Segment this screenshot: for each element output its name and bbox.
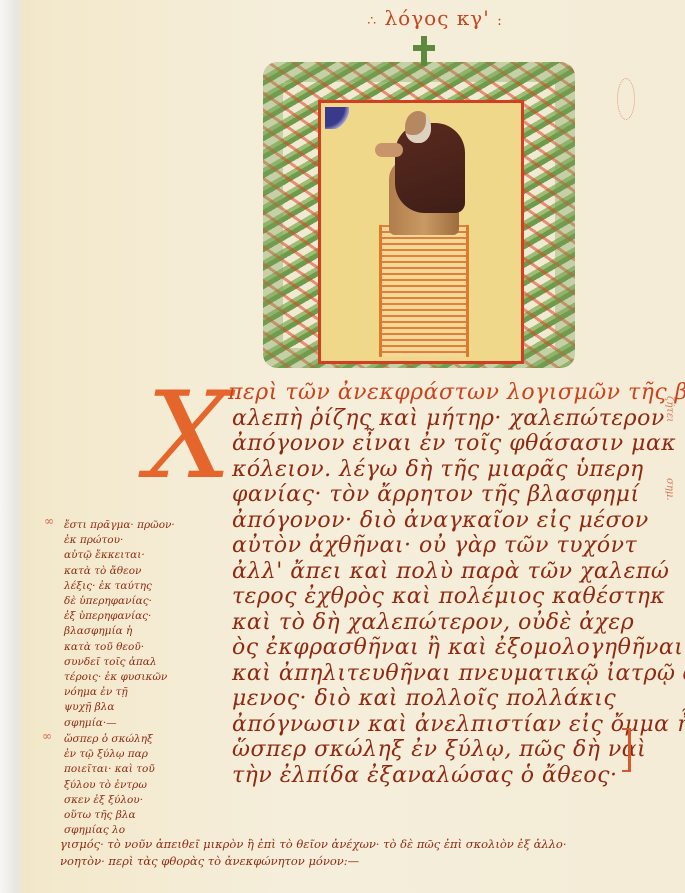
scholion-line: δὲ ὑπερηφανίας· — [64, 594, 174, 609]
monk-hands — [375, 143, 403, 157]
text-line: φανίας· τὸν ἄρρητον τῆς βλασφημί — [232, 482, 672, 508]
heaven-segment — [325, 107, 349, 129]
scholion-line: βλασφημία ἡ — [64, 624, 174, 639]
text-line: μενος· διὸ καὶ πολλοῖς πολλάκις — [232, 686, 672, 712]
scholion-line: συνδεῖ τοῖς ἀπαλ — [64, 655, 174, 670]
scholion-line: σφημία·— — [64, 716, 174, 731]
scholion-line: ξύλου τὸ ἐντρω — [64, 778, 174, 793]
scholion-line: τέροις· ἐκ φυσικῶν — [64, 670, 174, 685]
scholion-line: κατὰ τὸ ἄθεον — [64, 564, 174, 579]
text-line: καὶ ἀπηλιτευθῆναι πνευματικῷ ἰατρῷ δυνά — [232, 661, 672, 687]
bottom-scholion: γισμός· τὸ νοῦν ἀπειθεῖ μικρὸν ἢ ἐπὶ τὸ … — [60, 836, 680, 870]
chapter-heading: ∴ λόγος κγ' : — [330, 6, 540, 30]
scholion-line: ἔστι πρᾶγμα· πρῶον· — [64, 518, 174, 533]
scholion-line: νόημα ἐν τῇ — [64, 685, 174, 700]
text-line: ἀλλ' ἄπει καὶ πολὺ παρὰ τῶν χαλεπώ — [232, 559, 672, 585]
text-line: ὥσπερ σκώληξ ἐν ξύλῳ, πῶς δὴ ναὶ — [232, 737, 672, 763]
text-line: καὶ τὸ δὴ χαλεπώτερον, οὐδὲ ἀχερ — [232, 610, 672, 636]
decorated-initial: Χ — [146, 378, 228, 496]
text-line: αὐτὸν ἀχθῆναι· οὐ γὰρ τῶν τυχόντ — [232, 533, 672, 559]
miniature-illumination — [318, 100, 524, 364]
scholion-block-2: ὥσπερ ὁ σκώληξ ἐν τῷ ξύλῳ παρ ποιεῖται· … — [64, 732, 174, 838]
monk-head — [405, 111, 431, 143]
scholion-line: ἐξ ὑπερηφανίας· — [64, 609, 174, 624]
marginal-bracket — [622, 728, 631, 772]
scholion-block-1: ἔστι πρᾶγμα· πρῶον· ἐκ πρώτου· αὐτῷ ἔκκε… — [64, 518, 174, 731]
text-line: τερος ἐχθρὸς καὶ πολέμιος καθέστηκ — [232, 584, 672, 610]
scholion-line: κατὰ τοῦ θεοῦ· — [64, 640, 174, 655]
text-line: ἀπόγονον· διὸ ἀναγκαῖον εἰς μέσον — [232, 508, 672, 534]
scholion-line: ἐν τῷ ξύλῳ παρ — [64, 747, 174, 762]
scholion-line: λέξις· ἐκ ταύτης — [64, 579, 174, 594]
main-text-block: περὶ τῶν ἀνεκφράστων λογισμῶν τῆς βλασφη… — [232, 380, 672, 788]
text-line: τὴν ἐλπίδα ἐξαναλώσας ὁ ἄθεος· — [232, 763, 672, 789]
footnote-line: γισμός· τὸ νοῦν ἀπειθεῖ μικρὸν ἢ ἐπὶ τὸ … — [60, 836, 680, 853]
scholion-line: ὥσπερ ὁ σκώληξ — [64, 732, 174, 747]
footnote-line: νοητὸν· περὶ τὰς φθορὰς τὸ ἀνεκφώνητον μ… — [60, 853, 680, 870]
scholion-line: σκεν ἐξ ξύλου· — [64, 793, 174, 808]
scholion-line: ψυχῇ βλα — [64, 700, 174, 715]
library-stamp — [617, 78, 635, 120]
marginal-note: ζήτει — [664, 396, 675, 422]
binding-gutter — [0, 0, 24, 893]
text-line: ἀπόγνωσιν καὶ ἀνελπιστίαν εἰς ὄμμα ἦν· — [232, 712, 672, 738]
scholion-line: αὐτῷ ἔκκειται· — [64, 548, 174, 563]
chapter-title: λόγος κγ' — [384, 6, 489, 30]
monk-cloak — [395, 123, 465, 213]
cross-icon — [413, 36, 435, 66]
scholion-sigil: ∞ — [44, 514, 54, 528]
heading-ornament-left: ∴ — [367, 13, 377, 29]
marginal-note: σημ. — [664, 478, 675, 501]
scholion-line: οὕτω τῆς βλα — [64, 808, 174, 823]
scholion-sigil: ∞ — [42, 729, 52, 743]
scholion-line: ποιεῖται· καὶ τοῦ — [64, 762, 174, 777]
ladder — [379, 225, 469, 357]
text-line: ἀπόγονον εἶναι ἐν τοῖς φθάσασιν μακ — [232, 431, 672, 457]
text-line: αλεπὴ ῥίζης καὶ μήτηρ· χαλεπώτερον — [232, 406, 672, 432]
text-line: ὸς ἐκφρασθῆναι ἢ καὶ ἐξομολογηθῆναι — [232, 635, 672, 661]
rubric-line: περὶ τῶν ἀνεκφράστων λογισμῶν τῆς βλασφη… — [228, 380, 672, 406]
text-line: κόλειον. λέγω δὴ τῆς μιαρᾶς ὑπερη — [232, 457, 672, 483]
scholion-line: ἐκ πρώτου· — [64, 533, 174, 548]
manuscript-page: ∴ λόγος κγ' : Χ περὶ τῶν ἀνεκφράστων λογ… — [0, 0, 685, 893]
heading-ornament-right: : — [497, 13, 503, 29]
